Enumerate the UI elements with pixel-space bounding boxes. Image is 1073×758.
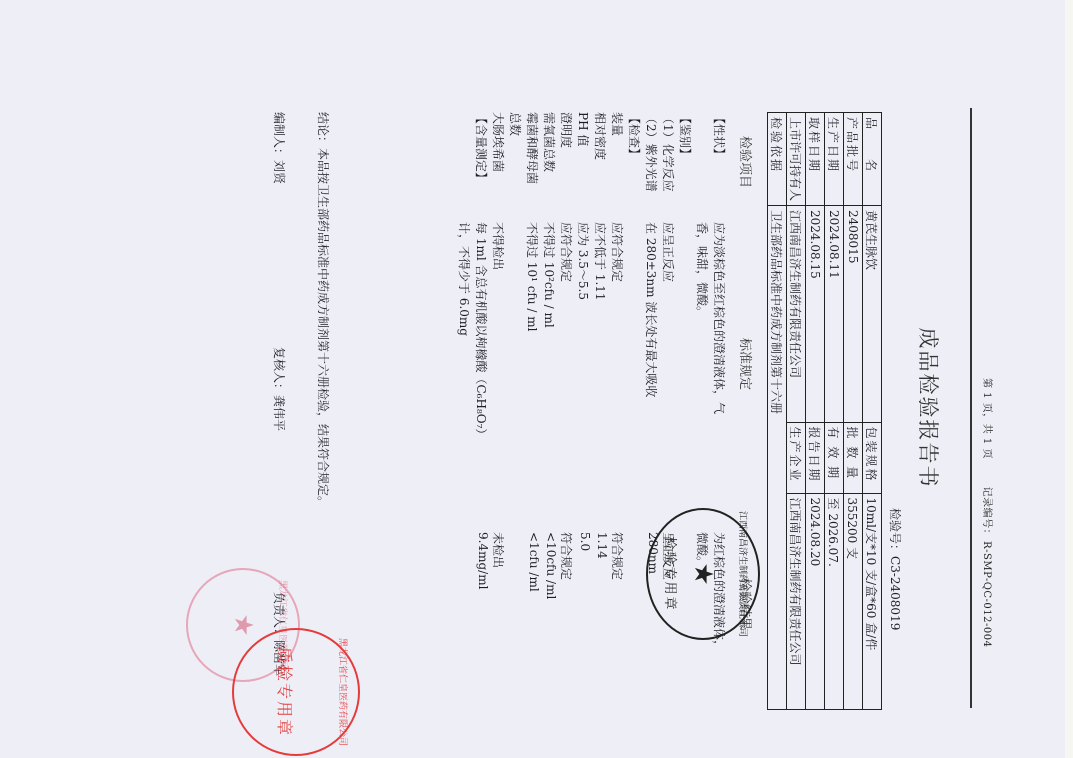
info-row: 生产日期 2024.08.11 有 效 期 至 2026.07. [825,113,844,710]
row-standard: 每 1ml 含总有机酸以枸橼酸（C₆H₈O₇） [473,222,490,440]
holder-label: 上市许可持有人 [787,113,806,206]
row-standard: 应为淡棕色至红棕色的澄清液体，气 [711,222,728,414]
star-icon: ★ [688,562,718,585]
row-item: 需氧菌总数 [541,112,558,172]
manufacturer: 江西南昌济生制药有限责任公司 [787,493,806,710]
conclusion: 结论：本品按卫生部药品标准中药成方制剂第十六册检验，结果符合规定。 [315,112,332,508]
row-standard: 香，味甜，微酸。 [694,222,711,318]
basis-label: 检验依据 [768,113,787,206]
production-date-label: 生产日期 [825,113,844,206]
row-standard: 应符合规定 [609,222,626,282]
page-info: 第 1 页，共 1 页 [981,378,992,459]
result-row: 【检查】 [626,112,643,712]
row-standard: 不得检出 [490,222,507,270]
result-row: 澄明度应符合规定符合规定 [558,112,575,712]
inspection-stamp-text: 检验专用章 [662,510,681,638]
col-header-standard: 标准规定 [737,338,756,390]
row-standard: 应符合规定 [558,222,575,282]
product-name-label: 品 名 [863,113,882,206]
row-item: 澄明度 [558,112,575,148]
prepared-by: 编制人：刘贤 [271,112,288,184]
row-item: 大肠埃希菌 [490,112,507,172]
red-stamp-ring: 黑龙江省仁皇医药有限公司 [337,630,350,754]
row-result: 5.0 [578,532,592,551]
report-number: 检验号：C3-2408019 [887,508,904,630]
row-result: 未检出 [490,532,507,568]
scan-edge [1065,0,1073,758]
holder: 江西南昌济生制药有限责任公司 [787,206,806,422]
row-item: （1）化学反应 [660,112,677,192]
result-row: 【含量测定】每 1ml 含总有机酸以枸橼酸（C₆H₈O₇）9.4mg/ml [473,112,490,712]
quantity-label: 批 数 量 [844,422,863,493]
row-result: <10cfu /ml [544,532,558,599]
row-item: 【鉴别】 [677,112,694,160]
header-rule [970,108,972,708]
batch-no: 2408015 [844,206,863,422]
expiry-label: 有 效 期 [825,422,844,493]
report-date: 2024.08.20 [806,493,825,710]
page-title: 成品检验报告书 [914,108,944,708]
sampling-date-label: 取样日期 [806,113,825,206]
result-row: 相对密度应不低于 1.111.14 [592,112,609,712]
package-spec-label: 包装规格 [863,422,882,493]
report-no-value: C3-2408019 [888,556,902,630]
reviewed-by: 复核人：龚伟平 [271,347,288,431]
basis: 卫生部药品标准中药成方制剂第十六册 [768,206,787,710]
result-row: 计，不得少于 6.0mg [456,112,473,712]
info-table: 品 名 黄芪生脉饮 包装规格 10ml/支*10 支/盒*60 盒/件 产品批号… [767,112,882,710]
result-row: （2）紫外光谱在 280±3nm 波长处有最大吸收280nm [643,112,660,712]
info-row: 检验依据 卫生部药品标准中药成方制剂第十六册 [768,113,787,710]
row-item: 霉菌和酵母菌 [524,112,541,184]
row-standard: 应呈正反应 [660,222,677,282]
page-header: 第 1 页，共 1 页 记录编号：R-SMP-QC-012-004 [981,378,996,671]
col-header-item: 检验项目 [737,136,756,188]
result-row: PH 值应为 3.5～5.55.0 [575,112,592,712]
quantity: 355200 支 [844,493,863,710]
result-row: 装量应符合规定符合规定 [609,112,626,712]
row-standard: 应不低于 1.11 [592,222,609,301]
sampling-date: 2024.08.15 [806,206,825,422]
row-standard: 不得过 10¹ cfu / ml [524,222,541,332]
report-no-label: 检验号： [888,508,902,556]
row-item: 【含量测定】 [473,112,490,184]
row-item: （2）紫外光谱 [643,112,660,192]
info-row: 产品批号 2408015 批 数 量 355200 支 [844,113,863,710]
row-item: 【性状】 [711,112,728,160]
result-row: 需氧菌总数不得过 10²cfu / ml<10cfu /ml [541,112,558,712]
row-result: 9.4mg/ml [476,532,490,589]
row-standard: 计，不得少于 6.0mg [456,222,473,336]
row-result: 符合规定 [609,532,626,580]
manufacturer-label: 生产企业 [787,422,806,493]
row-item: 装量 [609,112,626,136]
row-standard: 不得过 10²cfu / ml [541,222,558,328]
result-row: 霉菌和酵母菌不得过 10¹ cfu / ml<1cfu /ml [524,112,541,712]
row-result: <1cfu /ml [527,532,541,592]
record-no-label: 记录编号： [981,487,992,540]
inspection-stamp: 江西南昌济生制药有限责任公司 ★ 检验专用章 [646,508,760,640]
quality-stamp: 黑龙江省仁皇医药有限公司 质检专用章 [232,628,360,756]
row-item: 相对密度 [592,112,609,160]
result-row: 总数 [507,112,524,712]
row-item: PH 值 [575,112,592,146]
row-item: 【检查】 [626,112,643,160]
expiry: 至 2026.07. [825,493,844,710]
info-row: 取样日期 2024.08.15 报告日期 2024.08.20 [806,113,825,710]
row-result: 1.14 [595,532,609,559]
row-item: 总数 [507,112,524,136]
report-date-label: 报告日期 [806,422,825,493]
report-page: 第 1 页，共 1 页 记录编号：R-SMP-QC-012-004 成品检验报告… [140,108,1000,718]
star-icon: ★ [228,613,258,636]
info-row: 品 名 黄芪生脉饮 包装规格 10ml/支*10 支/盒*60 盒/件 [863,113,882,710]
row-result: 符合规定 [558,532,575,580]
row-standard: 应为 3.5～5.5 [575,222,592,300]
row-standard: 在 280±3nm 波长处有最大吸收 [643,222,660,397]
production-date: 2024.08.11 [825,206,844,422]
record-no: R-SMP-QC-012-004 [981,541,992,647]
batch-no-label: 产品批号 [844,113,863,206]
product-name: 黄芪生脉饮 [863,206,882,422]
info-row: 上市许可持有人 江西南昌济生制药有限责任公司 生产企业 江西南昌济生制药有限责任… [787,113,806,710]
result-row: 大肠埃希菌不得检出未检出 [490,112,507,712]
inspection-stamp-ring: 江西南昌济生制药有限责任公司 [737,510,750,638]
red-stamp-text: 质检专用章 [274,630,297,754]
package-spec: 10ml/支*10 支/盒*60 盒/件 [863,493,882,710]
